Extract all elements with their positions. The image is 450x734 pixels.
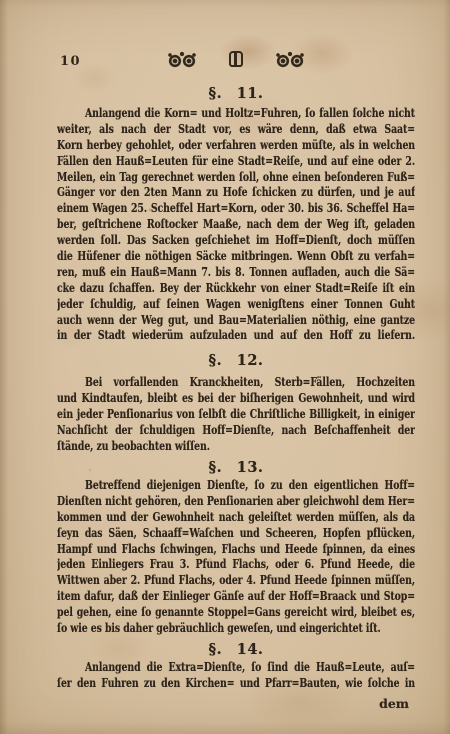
- text-line: ber, geſtrichene Roſtocker Maaße, nach d…: [57, 217, 415, 233]
- text-line: jeden Einliegers Frau 3. Pfund Flachs, o…: [57, 557, 415, 573]
- text-line: Nachſicht der ſchuldigen Hoff=Dienſte, n…: [57, 423, 415, 439]
- text-line: ſo wie es bis daher gebräuchlich geweſen…: [57, 621, 415, 637]
- section-body-11: Anlangend die Korn= und Holtz=Fuhren, ſo…: [57, 106, 415, 344]
- text-line: Gänger vor den 2ten Mann zu Hofe ſchicke…: [57, 185, 415, 201]
- section-body-14: Anlangend die Extra=Dienſte, ſo ſind die…: [57, 660, 415, 692]
- text-line: einem Wagen 25. Scheffel Hart=Korn, oder…: [57, 201, 415, 217]
- text-line: kommen und der Gewohnheit nach geleiſtet…: [57, 510, 415, 526]
- double-rosette-ornament-icon: [167, 50, 197, 68]
- text-line: jeder ſchuldig, auf ſeinen Wagen wenigſt…: [57, 297, 415, 313]
- text-line: Fällen den Hauß=Leuten für eine Stadt=Re…: [57, 154, 415, 170]
- text-line: Anlangend die Extra=Dienſte, ſo ſind die…: [57, 660, 415, 676]
- section-heading-14: §. 14.: [57, 641, 415, 658]
- text-line: item dafur, daß der Einlieger Gänſe auf …: [57, 589, 415, 605]
- book-page-scan: 10 §. 11. Anlangend die Korn= und Holtz=…: [0, 0, 450, 734]
- text-line: Anlangend die Korn= und Holtz=Fuhren, ſo…: [57, 106, 415, 122]
- text-line: und Kindtaufen, bleibt es bei der biſher…: [57, 391, 415, 407]
- text-line: Korn herbey gehohlet, oder verfahren wer…: [57, 138, 415, 154]
- gothic-fleuron-ornament-icon: [229, 51, 243, 67]
- section-heading-11: §. 11.: [57, 85, 415, 102]
- text-line: ren, muß ein Hauß=Mann 7. bis 8. Tonnen …: [57, 265, 415, 281]
- text-line: Wittwen aber 2. Pfund Flachs, oder 4. Pf…: [57, 573, 415, 589]
- text-line: Betreffend diejenigen Dienſte, ſo zu den…: [57, 478, 415, 494]
- text-line: ſeyn das Säen, Schaaff=Waſchen und Schee…: [57, 526, 415, 542]
- text-line: Meilen, ein Tag gerechnet werden ſoll, o…: [57, 170, 415, 186]
- text-line: pel gehen, eine ſo genannte Stoppel=Gans…: [57, 605, 415, 621]
- text-line: Bei vorfallenden Kranckheiten, Sterb=Fäl…: [57, 375, 415, 391]
- text-line: ſtände, zu beobachten wiſſen.: [57, 439, 415, 455]
- text-line: die Hüfener die nöthigen Säcke mitbringe…: [57, 249, 415, 265]
- section-heading-12: §. 12.: [57, 352, 415, 369]
- header-ornaments: [57, 50, 415, 68]
- catchword: dem: [57, 696, 409, 711]
- section-body-13: Betreffend diejenigen Dienſte, ſo zu den…: [57, 478, 415, 637]
- text-line: Hampf und Flachs ſchwingen, Flachs und H…: [57, 542, 415, 558]
- double-rosette-ornament-icon: [275, 50, 305, 68]
- text-line: cke dazu ſchaffen. Bey der Rückkehr von …: [57, 281, 415, 297]
- text-line: weiter, als nach der Stadt vor, es wäre …: [57, 122, 415, 138]
- text-line: werden ſoll. Das Sacken geſchiehet im Ho…: [57, 233, 415, 249]
- text-line: in der Stadt wiederüm aufzuladen und auf…: [57, 328, 415, 344]
- text-line: auch wenn der Weg gut, und Bau=Materiali…: [57, 313, 415, 329]
- text-line: ſer den Fuhren zu den Kirchen= und Pfarr…: [57, 676, 415, 692]
- text-line: ein jeder Penſionarius von ſelbſt die Ch…: [57, 407, 415, 423]
- text-line: Dienſten nicht gehören, den Penſionarien…: [57, 494, 415, 510]
- section-heading-13: §. 13.: [57, 459, 415, 476]
- section-body-12: Bei vorfallenden Kranckheiten, Sterb=Fäl…: [57, 375, 415, 454]
